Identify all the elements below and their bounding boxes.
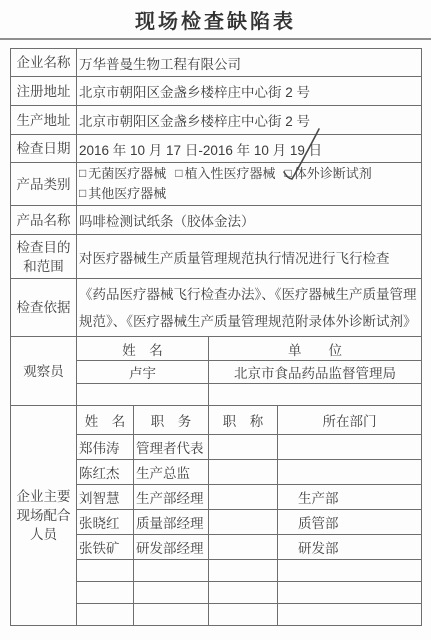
field-value-purpose-scope: 对医疗器械生产质量管理规范执行情况进行飞行检查 (77, 235, 422, 279)
table-row: 企业主要现场配合人员 姓 名 职 务 职 称 所在部门 (11, 406, 422, 435)
personnel-title (209, 460, 278, 485)
table-row: 产品类别 □无菌医疗器械□植入性医疗器械□体外诊断试剂 □其他医疗器械 (11, 163, 422, 206)
personnel-name (77, 604, 134, 626)
personnel-position (134, 604, 209, 626)
field-value-production-address: 北京市朝阳区金盏乡楼梓庄中心街 2 号 (77, 106, 422, 135)
personnel-title (209, 435, 278, 460)
personnel-position: 质量部经理 (134, 510, 209, 535)
category-options-line2: □其他医疗器械 (79, 184, 419, 204)
observer-unit-empty (209, 384, 422, 406)
observer-name-empty (77, 384, 209, 406)
personnel-name: 刘智慧 (77, 485, 134, 510)
field-value-company-name: 万华普曼生物工程有限公司 (77, 49, 422, 77)
table-row: 检查依据 《药品医疗器械飞行检查办法》、《医疗器械生产质量管理规范》、《医疗器械… (11, 279, 422, 337)
personnel-header-position: 职 务 (134, 406, 209, 435)
personnel-department (278, 560, 422, 582)
checkbox-label: 体外诊断试剂 (294, 166, 372, 181)
personnel-department: 生产部 (278, 485, 422, 510)
field-label-observer: 观察员 (11, 337, 77, 406)
personnel-position: 管理者代表 (134, 435, 209, 460)
personnel-position (134, 582, 209, 604)
personnel-name: 郑伟涛 (77, 435, 134, 460)
checkbox-label: 无菌医疗器械 (88, 166, 166, 181)
field-label-purpose-scope: 检查目的和范围 (11, 235, 77, 279)
personnel-title (209, 604, 278, 626)
inspection-form-table: 企业名称 万华普曼生物工程有限公司 注册地址 北京市朝阳区金盏乡楼梓庄中心街 2… (10, 48, 422, 626)
field-label-production-address: 生产地址 (11, 106, 77, 135)
table-row: 观察员 姓 名 单 位 (11, 337, 422, 361)
checkbox-option-implantable: □植入性医疗器械 (175, 166, 275, 181)
field-label-inspection-date: 检查日期 (11, 135, 77, 163)
personnel-title (209, 582, 278, 604)
table-row: 生产地址 北京市朝阳区金盏乡楼梓庄中心街 2 号 (11, 106, 422, 135)
table-row: 注册地址 北京市朝阳区金盏乡楼梓庄中心街 2 号 (11, 77, 422, 106)
title-underline (0, 38, 431, 40)
personnel-name: 陈红杰 (77, 460, 134, 485)
personnel-position: 研发部经理 (134, 535, 209, 560)
personnel-header-department: 所在部门 (278, 406, 422, 435)
field-label-inspection-basis: 检查依据 (11, 279, 77, 337)
personnel-header-name: 姓 名 (77, 406, 134, 435)
personnel-name: 张铁矿 (77, 535, 134, 560)
personnel-name (77, 582, 134, 604)
field-value-registered-address: 北京市朝阳区金盏乡楼梓庄中心街 2 号 (77, 77, 422, 106)
checkbox-icon: □ (79, 164, 86, 183)
scanned-inspection-form: 现场检查缺陷表 企业名称 万华普曼生物工程有限公司 注册地址 北京市朝阳区金盏乡… (0, 0, 431, 640)
product-category-options: □无菌医疗器械□植入性医疗器械□体外诊断试剂 □其他医疗器械 (77, 163, 422, 206)
field-value-product-name: 吗啡检测试纸条（胶体金法） (77, 206, 422, 235)
page-title: 现场检查缺陷表 (0, 0, 431, 34)
personnel-name: 张晓红 (77, 510, 134, 535)
personnel-department (278, 604, 422, 626)
table-row: 检查目的和范围 对医疗器械生产质量管理规范执行情况进行飞行检查 (11, 235, 422, 279)
table-row: 产品名称 吗啡检测试纸条（胶体金法） (11, 206, 422, 235)
personnel-position: 生产总监 (134, 460, 209, 485)
category-options-line1: □无菌医疗器械□植入性医疗器械□体外诊断试剂 (79, 164, 419, 184)
field-value-inspection-basis: 《药品医疗器械飞行检查办法》、《医疗器械生产质量管理规范》、《医疗器械生产质量管… (77, 279, 422, 337)
checkbox-option-other: □其他医疗器械 (79, 186, 166, 201)
personnel-title (209, 510, 278, 535)
checkbox-label: 植入性医疗器械 (185, 166, 276, 181)
field-label-company-name: 企业名称 (11, 49, 77, 77)
personnel-position (134, 560, 209, 582)
observer-header-unit: 单 位 (209, 337, 422, 361)
checkbox-option-ivd: □体外诊断试剂 (285, 166, 372, 181)
observer-unit: 北京市食品药品监督管理局 (209, 361, 422, 384)
personnel-position: 生产部经理 (134, 485, 209, 510)
personnel-title (209, 560, 278, 582)
field-label-product-name: 产品名称 (11, 206, 77, 235)
personnel-header-title: 职 称 (209, 406, 278, 435)
personnel-title (209, 485, 278, 510)
checkbox-icon: □ (175, 164, 182, 183)
personnel-department (278, 582, 422, 604)
field-label-personnel: 企业主要现场配合人员 (11, 406, 77, 626)
personnel-department: 研发部 (278, 535, 422, 560)
personnel-department: 质管部 (278, 510, 422, 535)
personnel-department (278, 435, 422, 460)
field-value-inspection-date: 2016 年 10 月 17 日-2016 年 10 月 19 日 (77, 135, 422, 163)
personnel-name (77, 560, 134, 582)
personnel-title (209, 535, 278, 560)
field-label-product-category: 产品类别 (11, 163, 77, 206)
observer-name: 卢宇 (77, 361, 209, 384)
table-row: 检查日期 2016 年 10 月 17 日-2016 年 10 月 19 日 (11, 135, 422, 163)
personnel-department (278, 460, 422, 485)
checkbox-icon: □ (285, 164, 292, 183)
observer-header-name: 姓 名 (77, 337, 209, 361)
checkbox-option-sterile: □无菌医疗器械 (79, 166, 166, 181)
table-row: 企业名称 万华普曼生物工程有限公司 (11, 49, 422, 77)
checkbox-icon: □ (79, 184, 86, 203)
checkbox-label: 其他医疗器械 (88, 186, 166, 201)
field-label-registered-address: 注册地址 (11, 77, 77, 106)
